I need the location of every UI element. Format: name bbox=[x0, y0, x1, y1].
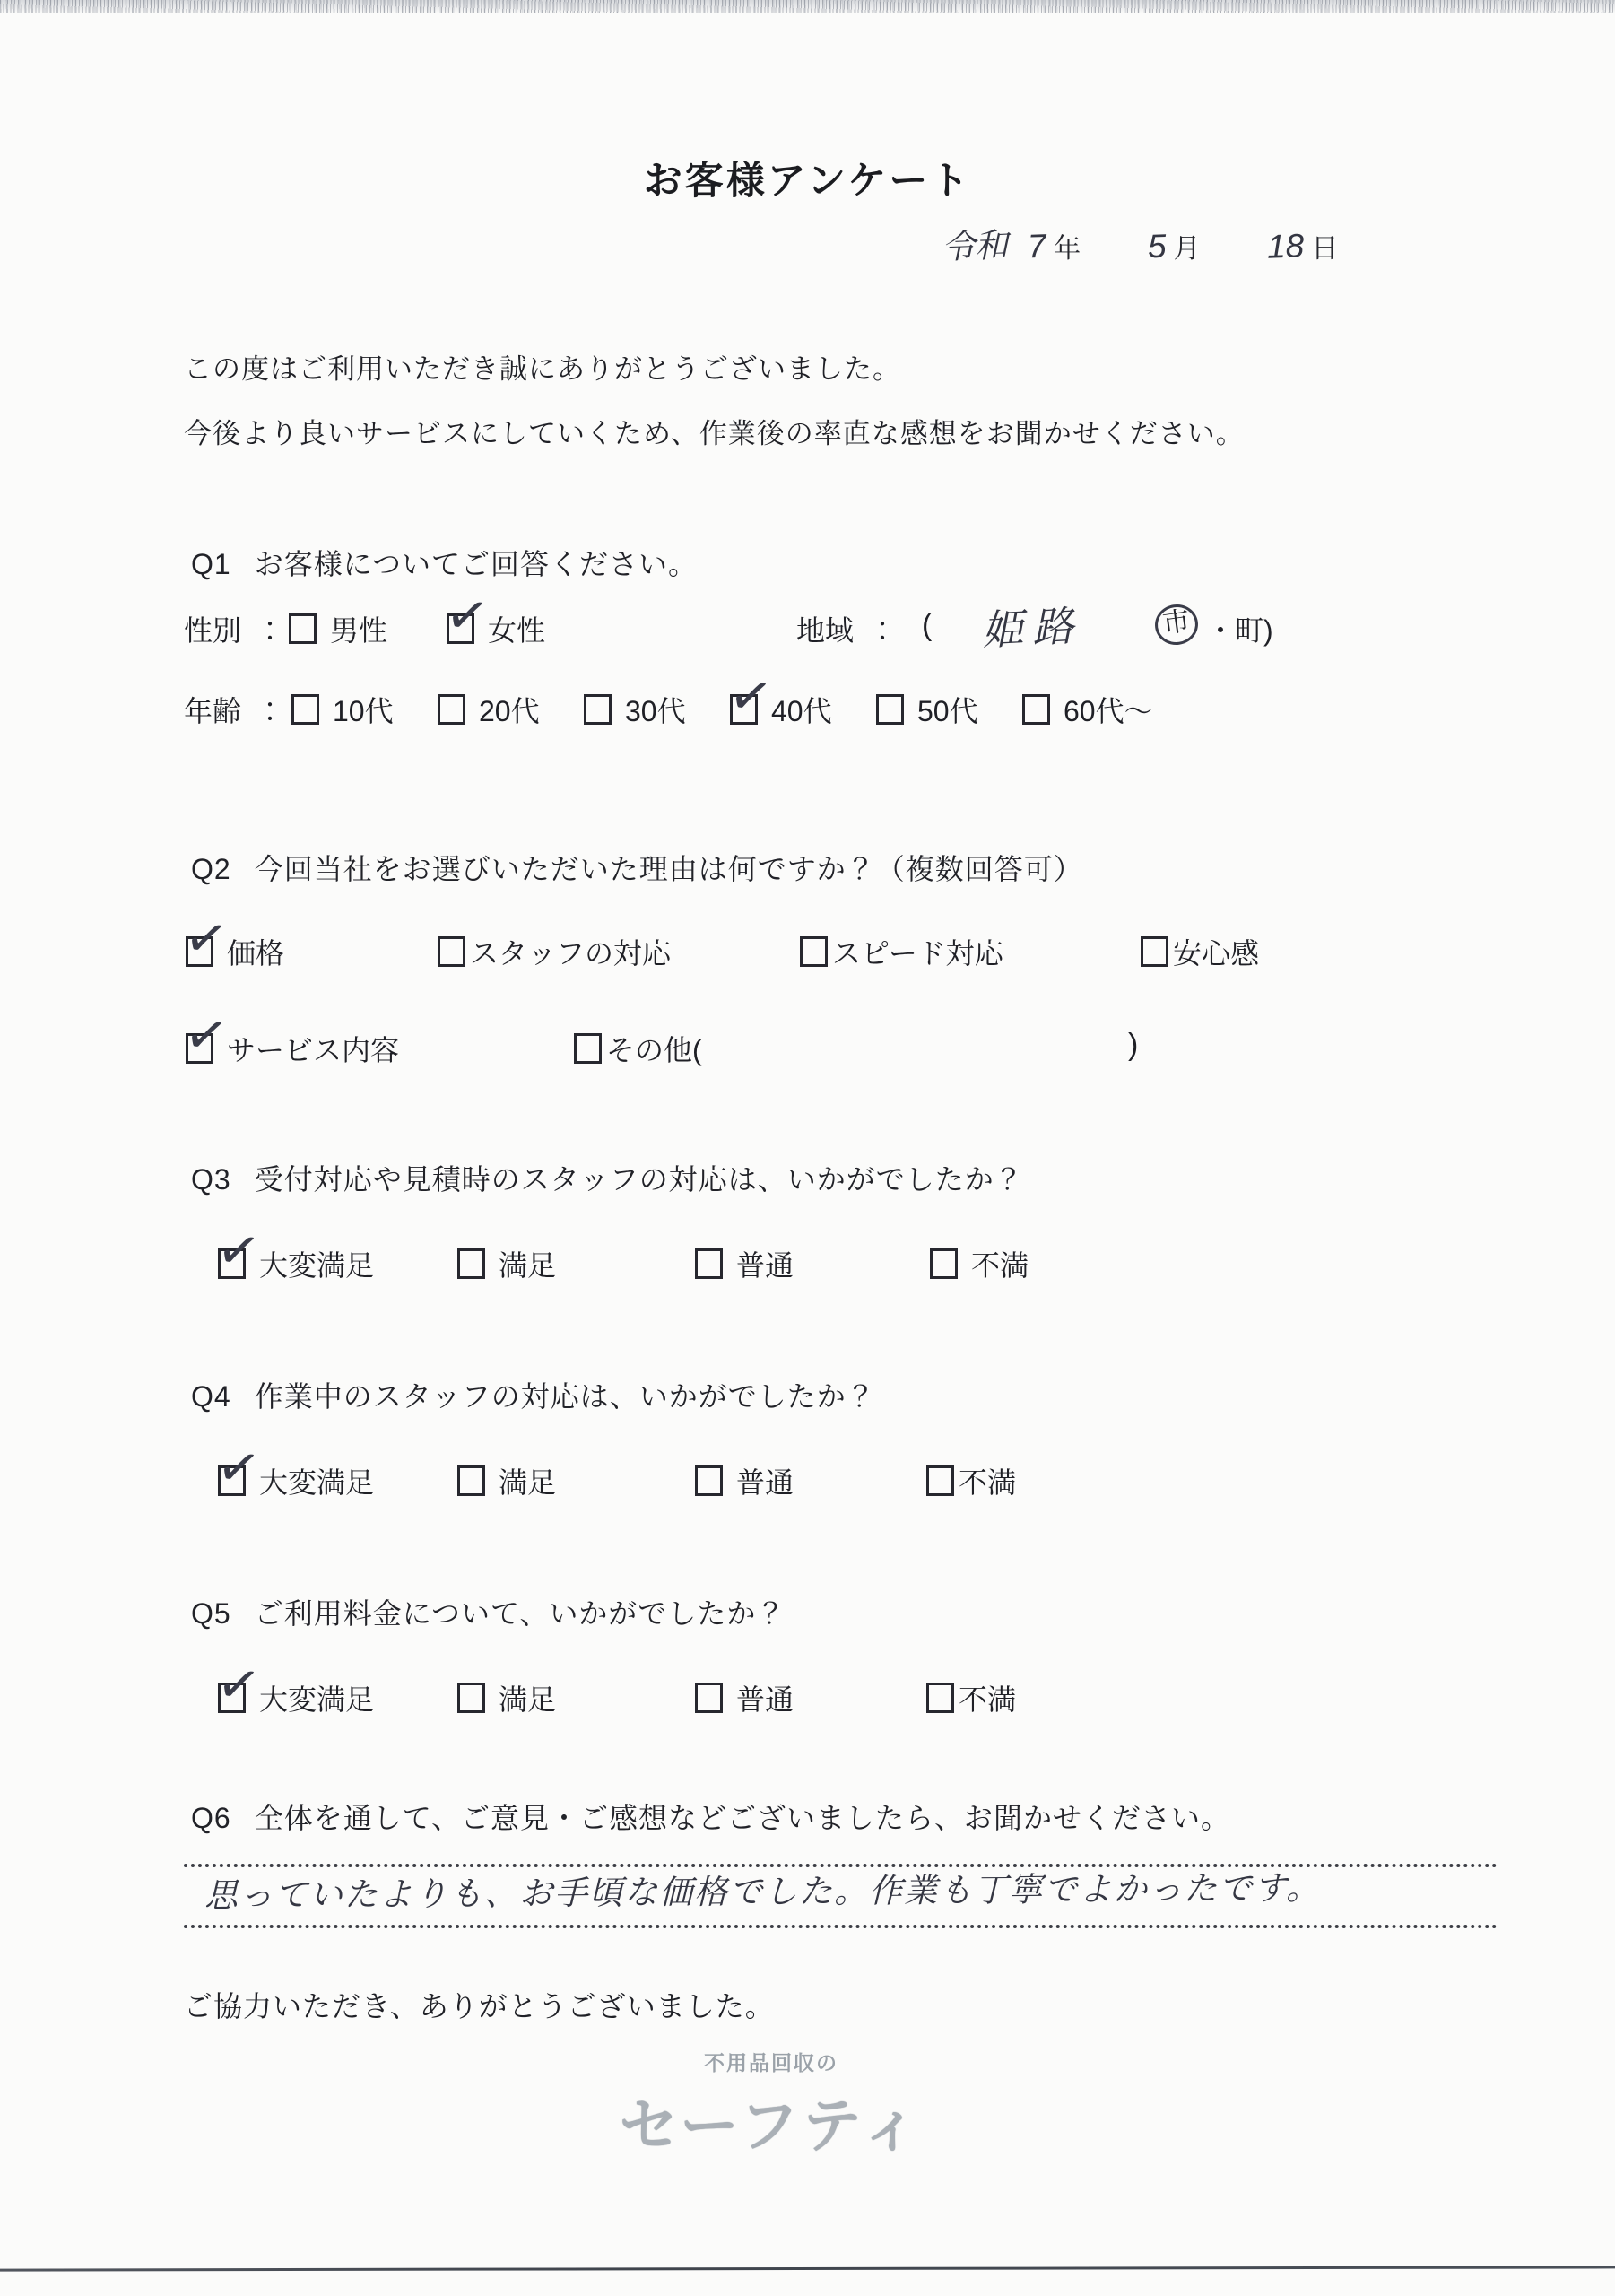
logo-tagline: 不用品回収の bbox=[0, 2047, 1542, 2076]
q2-options-row-2: サービス内容 その他( ) bbox=[0, 1028, 1615, 1069]
region-circled-city: 市 bbox=[1155, 604, 1198, 645]
label-male: 男性 bbox=[330, 614, 387, 647]
q2-options-row-1: 価格 スタッフの対応 スピード対応 安心感 bbox=[0, 931, 1615, 972]
q6-heading: Q6全体を通して、ご意見・ご感想などございましたら、お聞かせください。 bbox=[191, 1796, 1230, 1837]
q4-option-average: 普通 bbox=[695, 1460, 794, 1501]
checkbox-age-40s[interactable] bbox=[730, 694, 758, 725]
q3-options-row: 大変満足 満足 普通 不満 bbox=[0, 1243, 1615, 1284]
q2-option-service-content: サービス内容 bbox=[186, 1028, 399, 1069]
checkbox-q5-dissatisfied[interactable] bbox=[926, 1683, 954, 1713]
checkbox-age-50s[interactable] bbox=[876, 694, 904, 725]
region-rest: ・町) bbox=[1206, 608, 1273, 649]
checkbox-reassurance[interactable] bbox=[1141, 936, 1168, 967]
q2-option-price: 価格 bbox=[186, 931, 284, 972]
q2-option-speed-response: スピード対応 bbox=[800, 931, 1003, 972]
checkbox-age-60s[interactable] bbox=[1022, 694, 1050, 725]
company-logo: 不用品回収の セーフティ bbox=[0, 2047, 1542, 2163]
q2-question: 今回当社をお選びいただいた理由は何ですか？（複数回答可） bbox=[255, 853, 1083, 885]
q3-label: Q3 bbox=[191, 1163, 231, 1196]
scan-artifact-top bbox=[0, 0, 1615, 13]
date-era-handwritten: 令和 bbox=[941, 218, 1009, 269]
date-line: 令和 7 年 5 月 18 日 bbox=[942, 219, 1338, 267]
q5-option-average: 普通 bbox=[695, 1677, 794, 1718]
q4-option-satisfied: 満足 bbox=[457, 1460, 556, 1501]
age-option-60s: 60代～ bbox=[1022, 689, 1153, 730]
q6-handwritten-answer[interactable]: 思っていたよりも、お手頃な価格でした。作業も丁寧でよかったです。 bbox=[204, 1859, 1505, 1917]
date-day-value: 18 bbox=[1266, 227, 1305, 265]
q3-option-very-satisfied: 大変満足 bbox=[218, 1243, 374, 1284]
q3-option-average: 普通 bbox=[695, 1243, 794, 1284]
checkbox-male[interactable] bbox=[289, 613, 317, 644]
checkbox-q4-average[interactable] bbox=[695, 1465, 723, 1496]
q2-label: Q2 bbox=[191, 853, 231, 885]
gender-option-male: 男性 bbox=[289, 608, 387, 649]
q3-option-satisfied: 満足 bbox=[457, 1243, 556, 1284]
date-year-unit: 年 bbox=[1054, 234, 1081, 264]
q4-label: Q4 bbox=[191, 1380, 231, 1413]
q4-options-row: 大変満足 満足 普通 不満 bbox=[0, 1460, 1615, 1501]
checkbox-price[interactable] bbox=[186, 936, 213, 967]
q4-question: 作業中のスタッフの対応は、いかがでしたか？ bbox=[255, 1380, 876, 1413]
region-value-handwritten[interactable]: 姫路 bbox=[980, 593, 1083, 657]
q1-age-row: 年齢： 10代 20代 30代 40代 50代 60代～ bbox=[0, 689, 1615, 730]
checkbox-speed-response[interactable] bbox=[800, 936, 828, 967]
checkbox-female[interactable] bbox=[447, 613, 474, 644]
checkbox-q5-average[interactable] bbox=[695, 1683, 723, 1713]
q5-label: Q5 bbox=[191, 1597, 231, 1630]
circle-mark[interactable]: 市 bbox=[1152, 602, 1201, 648]
age-field: 年齢： bbox=[184, 689, 284, 730]
q1-question: お客様についてご回答ください。 bbox=[255, 548, 698, 580]
checkbox-staff-response[interactable] bbox=[438, 936, 465, 967]
checkbox-q4-very-satisfied[interactable] bbox=[218, 1465, 246, 1496]
q4-option-very-satisfied: 大変満足 bbox=[218, 1460, 374, 1501]
q5-heading: Q5ご利用料金について、いかがでしたか？ bbox=[191, 1591, 786, 1632]
q1-heading: Q1お客様についてご回答ください。 bbox=[191, 542, 698, 583]
q6-label: Q6 bbox=[191, 1802, 231, 1834]
q2-option-reassurance: 安心感 bbox=[1141, 931, 1259, 972]
checkbox-age-20s[interactable] bbox=[438, 694, 465, 725]
age-option-10s: 10代 bbox=[291, 689, 394, 730]
date-day-unit: 日 bbox=[1311, 234, 1338, 264]
q4-heading: Q4作業中のスタッフの対応は、いかがでしたか？ bbox=[191, 1374, 876, 1415]
date-year-value: 7 bbox=[1028, 228, 1047, 266]
checkbox-q3-very-satisfied[interactable] bbox=[218, 1248, 246, 1279]
checkbox-q5-satisfied[interactable] bbox=[457, 1683, 485, 1713]
date-month-value: 5 bbox=[1147, 228, 1167, 266]
q5-option-dissatisfied: 不満 bbox=[926, 1677, 1016, 1718]
q2-option-staff-response: スタッフの対応 bbox=[438, 931, 671, 972]
scan-artifact-bottom bbox=[0, 2266, 1615, 2271]
q3-question: 受付対応や見積時のスタッフの対応は、いかがでしたか？ bbox=[255, 1163, 1024, 1196]
q5-option-satisfied: 満足 bbox=[457, 1677, 556, 1718]
q1-gender-row: 性別： 男性 女性 地域： ( 姫路 市 ・町) bbox=[0, 608, 1615, 649]
q2-other-close-paren: ) bbox=[1128, 1028, 1138, 1063]
page-title: お客様アンケート bbox=[0, 151, 1615, 205]
q5-options-row: 大変満足 満足 普通 不満 bbox=[0, 1677, 1615, 1718]
gender-option-female: 女性 bbox=[447, 608, 545, 649]
age-option-20s: 20代 bbox=[438, 689, 540, 730]
checkbox-age-10s[interactable] bbox=[291, 694, 319, 725]
q3-option-dissatisfied: 不満 bbox=[930, 1243, 1029, 1284]
age-option-50s: 50代 bbox=[876, 689, 978, 730]
checkbox-service-content[interactable] bbox=[186, 1033, 213, 1064]
checkbox-q3-average[interactable] bbox=[695, 1248, 723, 1279]
q2-option-other: その他( bbox=[574, 1028, 702, 1069]
q5-question: ご利用料金について、いかがでしたか？ bbox=[255, 1597, 786, 1630]
logo-name: セーフティ bbox=[0, 2078, 1542, 2163]
checkbox-q4-dissatisfied[interactable] bbox=[926, 1465, 954, 1496]
checkbox-other[interactable] bbox=[574, 1033, 602, 1064]
date-month-unit: 月 bbox=[1174, 234, 1201, 264]
checkbox-q4-satisfied[interactable] bbox=[457, 1465, 485, 1496]
checkbox-age-30s[interactable] bbox=[584, 694, 612, 725]
q2-heading: Q2今回当社をお選びいただいた理由は何ですか？（複数回答可） bbox=[191, 847, 1083, 888]
q5-option-very-satisfied: 大変満足 bbox=[218, 1677, 374, 1718]
q3-heading: Q3受付対応や見積時のスタッフの対応は、いかがでしたか？ bbox=[191, 1157, 1024, 1198]
region-field: 地域： bbox=[796, 608, 897, 649]
age-option-40s: 40代 bbox=[730, 689, 832, 730]
survey-scan-page: お客様アンケート 令和 7 年 5 月 18 日 この度はご利用いただき誠にあり… bbox=[0, 0, 1615, 2296]
age-option-30s: 30代 bbox=[584, 689, 686, 730]
checkbox-q3-satisfied[interactable] bbox=[457, 1248, 485, 1279]
q6-question: 全体を通して、ご意見・ご感想などございましたら、お聞かせください。 bbox=[255, 1802, 1230, 1834]
gender-field: 性別： bbox=[184, 608, 284, 649]
region-paren-open: ( bbox=[922, 608, 932, 643]
q4-option-dissatisfied: 不満 bbox=[926, 1460, 1016, 1501]
checkbox-q5-very-satisfied[interactable] bbox=[218, 1683, 246, 1713]
intro-line-1: この度はご利用いただき誠にありがとうございました。 bbox=[184, 346, 901, 387]
intro-line-2: 今後より良いサービスにしていくため、作業後の率直な感想をお聞かせください。 bbox=[184, 411, 1245, 451]
q1-label: Q1 bbox=[191, 548, 231, 580]
label-female: 女性 bbox=[488, 614, 545, 647]
checkbox-q3-dissatisfied[interactable] bbox=[930, 1248, 958, 1279]
closing-thanks: ご協力いただき、ありがとうございました。 bbox=[184, 1984, 775, 2025]
comment-line-bottom bbox=[184, 1925, 1498, 1928]
